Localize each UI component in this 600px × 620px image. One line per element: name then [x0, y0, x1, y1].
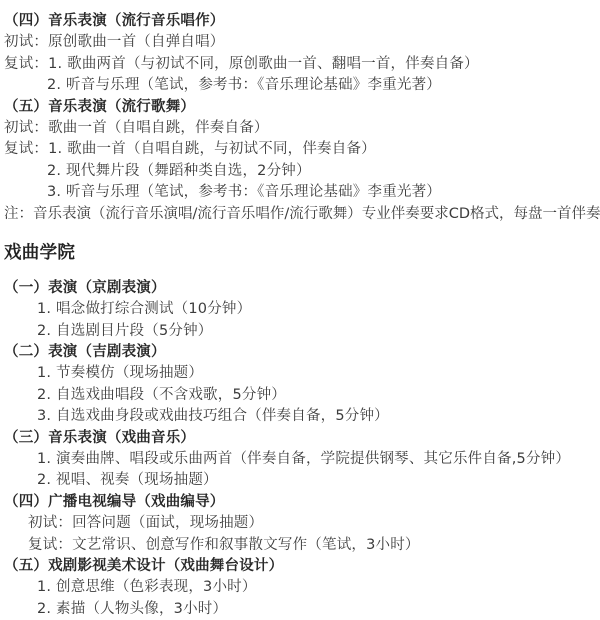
line-first-round: 初试：回答问题（面试，现场抽题）	[4, 513, 594, 534]
line-item2: 2. 自选戏曲唱段（不含戏歌，5分钟）	[4, 385, 594, 406]
line-second-round: 复试：文艺常识、创意写作和叙事散文写作（笔试，3小时）	[4, 535, 594, 556]
heading-opera-directing: （四）广播电视编导（戏曲编导）	[4, 492, 594, 513]
heading-ji-opera-performance: （二）表演（吉剧表演）	[4, 342, 594, 363]
line-item3: 3. 自选戏曲身段或戏曲技巧组合（伴奏自备，5分钟）	[4, 406, 594, 427]
heading-opera-stage-design: （五）戏剧影视美术设计（戏曲舞台设计）	[4, 556, 594, 577]
document: （四）音乐表演（流行音乐唱作） 初试：原创歌曲一首（自弹自唱） 复试：1. 歌曲…	[0, 0, 600, 620]
heading-opera-music: （三）音乐表演（戏曲音乐）	[4, 428, 594, 449]
line-second-round-item2: 2. 听音与乐理（笔试，参考书：《音乐理论基础》李重光著）	[4, 75, 594, 96]
line-item1: 1. 节奏模仿（现场抽题）	[4, 363, 594, 384]
heading-pop-music-songwriting: （四）音乐表演（流行音乐唱作）	[4, 11, 594, 32]
line-item1: 1. 唱念做打综合测试（10分钟）	[4, 299, 594, 320]
line-second-round-item3: 3. 听音与乐理（笔试，参考书：《音乐理论基础》李重光著）	[4, 182, 594, 203]
line-first-round: 初试：歌曲一首（自唱自跳，伴奏自备）	[4, 118, 594, 139]
line-first-round: 初试：原创歌曲一首（自弹自唱）	[4, 32, 594, 53]
music-performance-section: （四）音乐表演（流行音乐唱作） 初试：原创歌曲一首（自弹自唱） 复试：1. 歌曲…	[4, 11, 594, 225]
line-accompaniment-note: 注：音乐表演（流行音乐演唱/流行音乐唱作/流行歌舞）专业伴奏要求CD格式，每盘一…	[4, 204, 594, 225]
line-second-round-item1: 复试：1. 歌曲两首（与初试不同，原创歌曲一首、翻唱一首，伴奏自备）	[4, 54, 594, 75]
line-item2: 2. 视唱、视奏（现场抽题）	[4, 470, 594, 491]
line-second-round-item2: 2. 现代舞片段（舞蹈种类自选，2分钟）	[4, 161, 594, 182]
heading-pop-song-dance: （五）音乐表演（流行歌舞）	[4, 97, 594, 118]
opera-school-title: 戏曲学院	[4, 240, 594, 266]
heading-peking-opera-performance: （一）表演（京剧表演）	[4, 278, 594, 299]
opera-school-section: 戏曲学院 （一）表演（京剧表演） 1. 唱念做打综合测试（10分钟） 2. 自选…	[4, 240, 594, 620]
line-second-round-item1: 复试：1. 歌曲一首（自唱自跳，与初试不同，伴奏自备）	[4, 139, 594, 160]
line-item1: 1. 演奏曲牌、唱段或乐曲两首（伴奏自备，学院提供钢琴、其它乐件自备,5分钟）	[4, 449, 594, 470]
line-item1: 1. 创意思维（色彩表现，3小时）	[4, 577, 594, 598]
line-item2: 2. 自选剧目片段（5分钟）	[4, 321, 594, 342]
line-item2: 2. 素描（人物头像，3小时）	[4, 599, 594, 620]
